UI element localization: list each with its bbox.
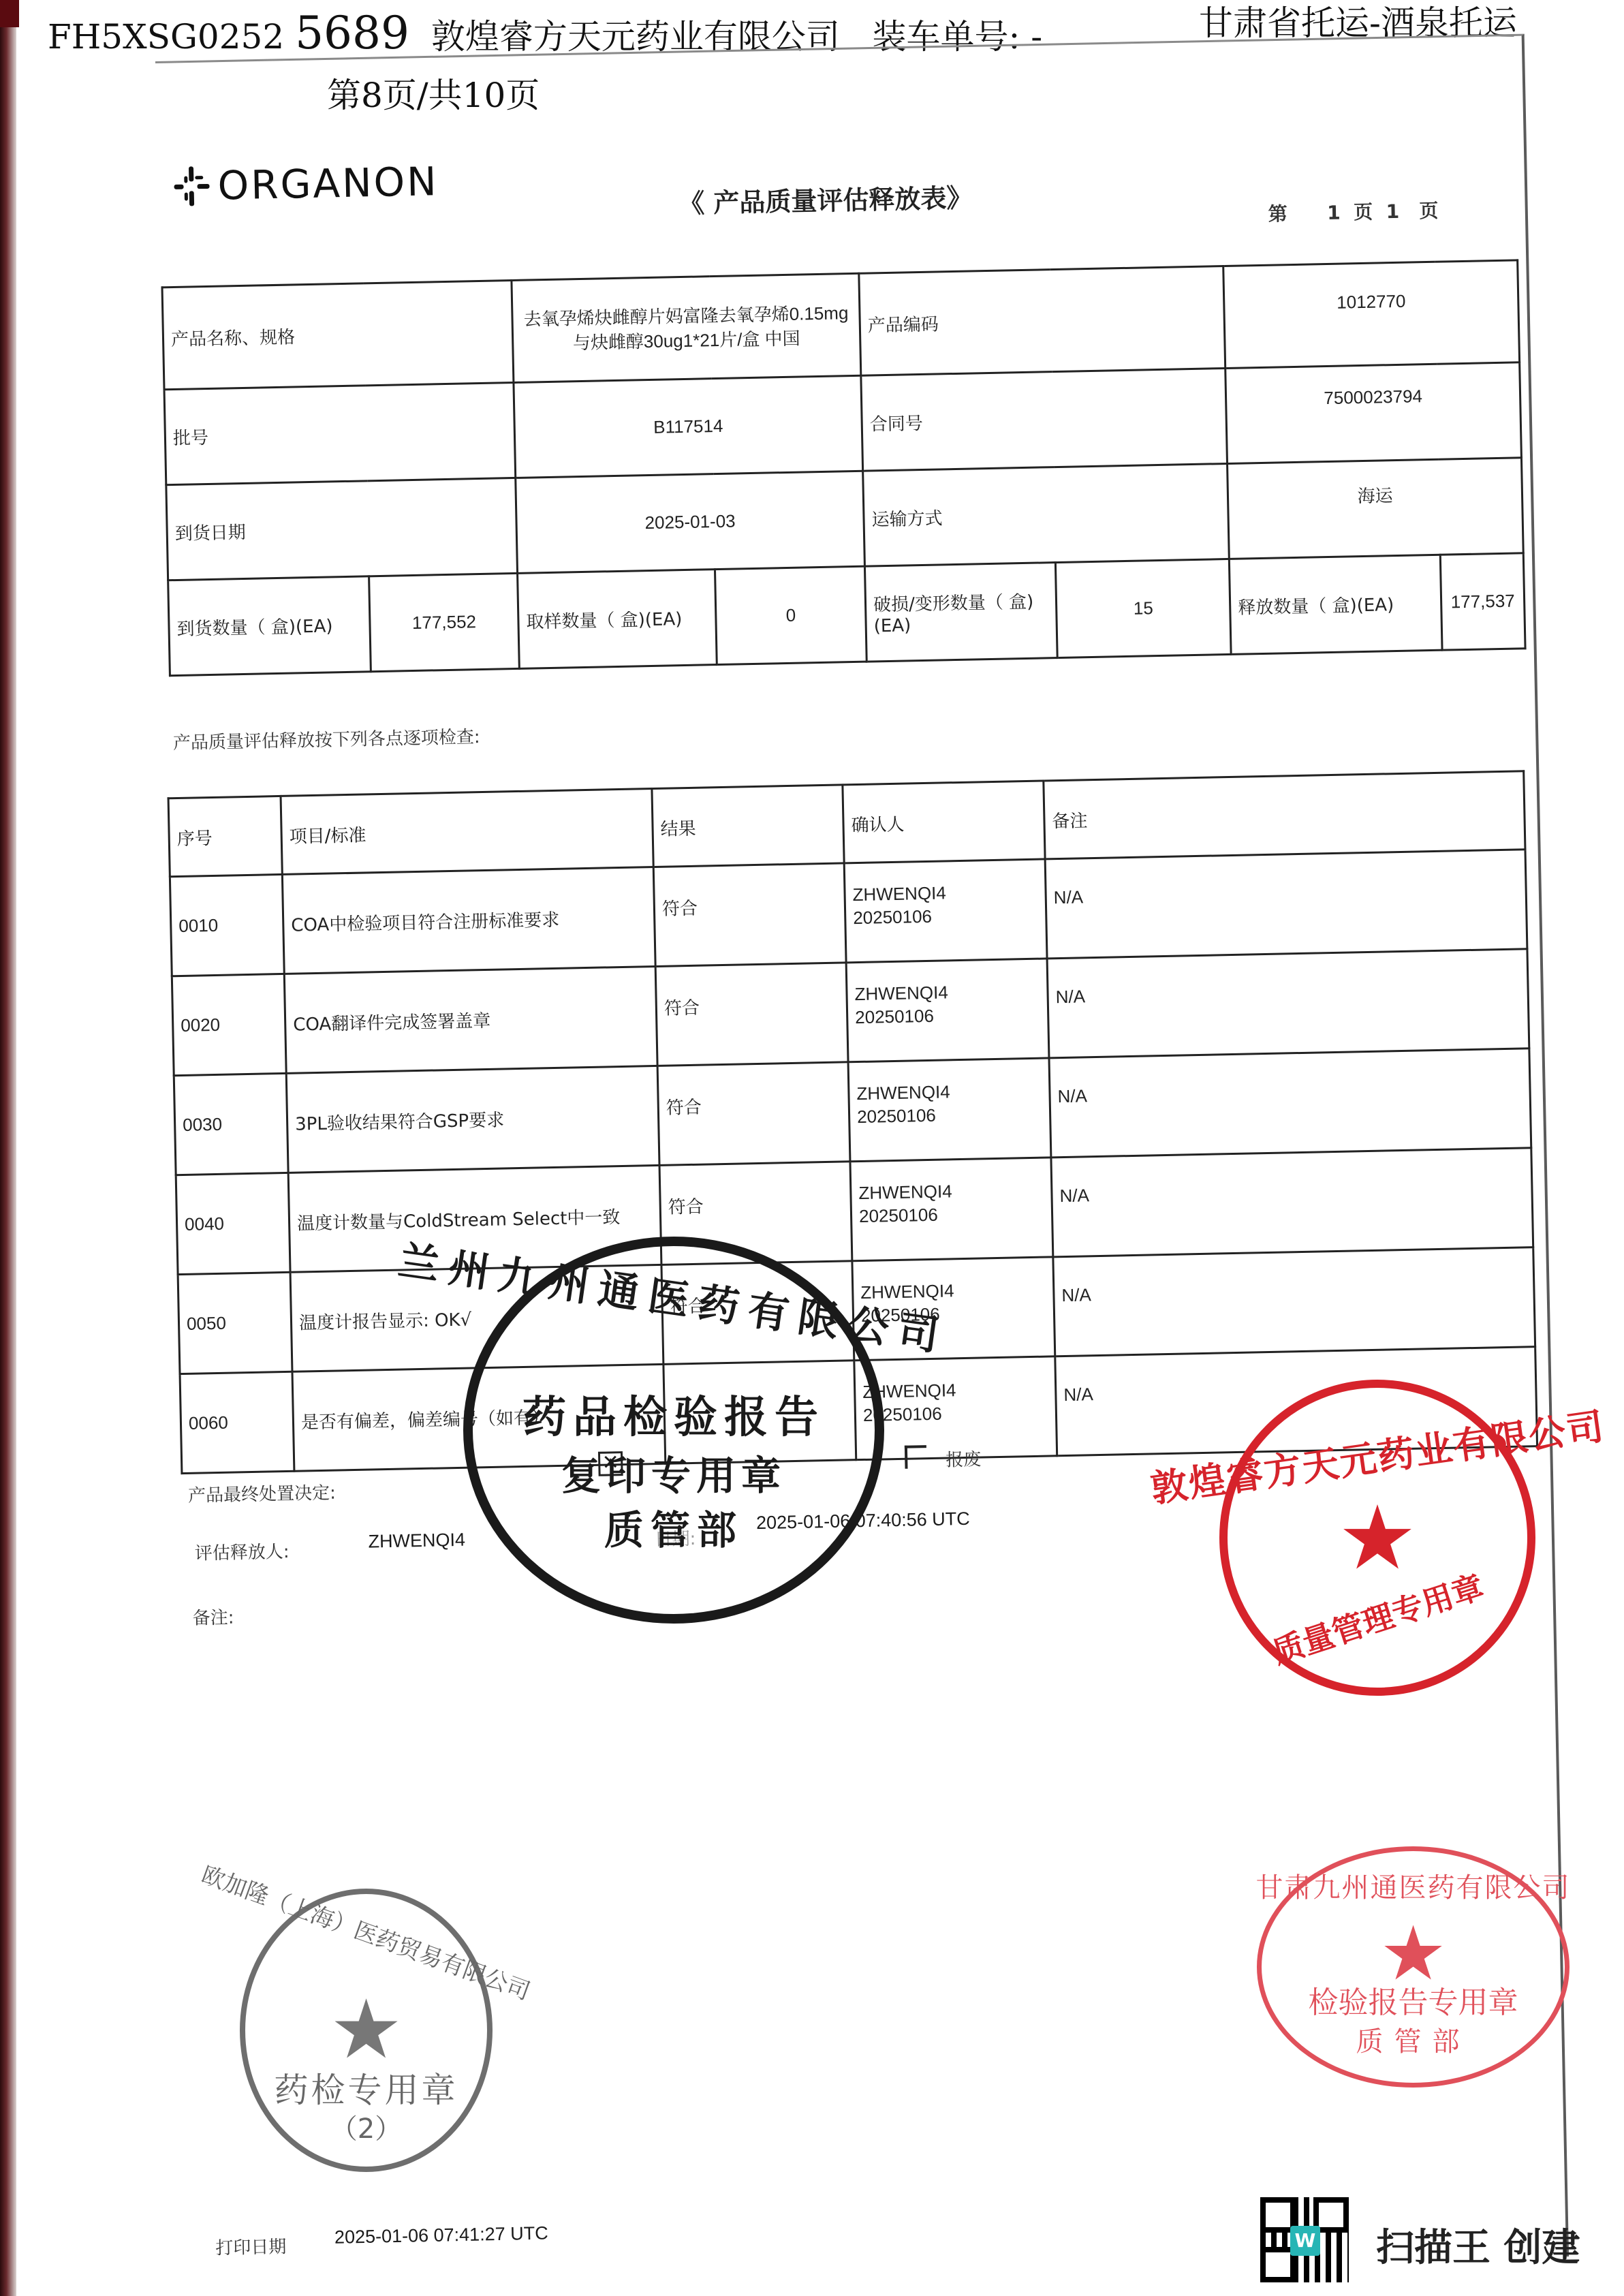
column-header-remark: 备注 [1044, 771, 1525, 859]
transport-label: 运输方式 [863, 463, 1230, 566]
form-page-number: 第 1 页 1 页 [1268, 196, 1439, 227]
row-remark: N/A [1047, 949, 1529, 1058]
confirm-date: 20250106 [859, 1201, 1045, 1228]
batch-label: 批号 [164, 382, 516, 484]
row-remark: N/A [1051, 1148, 1533, 1257]
row-remark: N/A [1049, 1049, 1531, 1158]
row-confirmer: ZHWENQI420250106 [848, 1058, 1051, 1162]
organon-inspection-stamp: ★ 欧加隆（上海）医药贸易有限公司 药检专用章 （2） [240, 1889, 493, 2172]
confirm-date: 20250106 [853, 903, 1039, 929]
confirmer-id: ZHWENQI4 [852, 880, 1038, 906]
row-number: 0010 [170, 874, 284, 976]
organon-logo: ORGANON [174, 158, 439, 210]
print-date-value: 2025-01-06 07:41:27 UTC [334, 2223, 548, 2248]
row-result: 符合 [655, 963, 848, 1066]
stamp-ring-text: 甘肃九州通医药有限公司 [1256, 1866, 1571, 1905]
scanner-app-icon: W [1290, 2226, 1320, 2256]
check-section-intro: 产品质量评估释放按下列各点逐项检查: [173, 723, 480, 754]
confirm-date: 20250106 [863, 1400, 1049, 1427]
product-info-table: 产品名称、规格 去氧孕烯炔雌醇片妈富隆去氧孕烯0.15mg与炔雌醇30ug1*2… [161, 259, 1526, 677]
gansu-inspection-stamp: ★ 甘肃九州通医药有限公司 检验报告专用章 质管部 [1257, 1846, 1570, 2088]
column-header-item: 项目/标准 [281, 789, 653, 875]
transport-value: 海运 [1228, 458, 1524, 559]
row-remark: N/A [1053, 1247, 1535, 1356]
confirm-date: 20250106 [855, 1002, 1041, 1029]
row-number: 0030 [174, 1073, 288, 1175]
release-qty-label: 释放数量（ 盒)(EA) [1229, 555, 1442, 654]
contract-value: 7500023794 [1225, 362, 1522, 464]
sample-qty-label: 取样数量（ 盒)(EA) [518, 570, 717, 669]
row-number: 0040 [176, 1173, 290, 1274]
page-suffix: 页 [1419, 200, 1439, 223]
page-total: 1 [1386, 200, 1399, 223]
damaged-qty-value: 15 [1055, 559, 1231, 657]
product-name-label: 产品名称、规格 [162, 281, 514, 390]
row-item: 3PL验收结果符合GSP要求 [286, 1066, 659, 1173]
damaged-qty-label: 破损/变形数量（ 盒)(EA) [864, 563, 1057, 662]
arrival-date-label: 到货日期 [166, 478, 518, 580]
star-icon: ★ [330, 1989, 403, 2071]
evaluator-value: ZHWENQI4 [368, 1530, 465, 1553]
final-decision-label: 产品最终处置决定: [188, 1479, 336, 1507]
stamp-line3: 质管部 [604, 1498, 743, 1555]
row-number: 0050 [178, 1272, 292, 1374]
sample-qty-value: 0 [715, 566, 866, 664]
confirmer-id: ZHWENQI4 [856, 1079, 1042, 1105]
contract-label: 合同号 [861, 369, 1228, 471]
release-qty-value: 177,537 [1440, 553, 1525, 650]
row-confirmer: ZHWENQI420250106 [844, 859, 1047, 963]
column-header-confirmer: 确认人 [843, 781, 1045, 863]
row-confirmer: ZHWENQI420250106 [846, 959, 1049, 1062]
confirmer-id: ZHWENQI4 [862, 1377, 1048, 1403]
row-item: COA翻译件完成签署盖章 [284, 966, 657, 1073]
row-result: 符合 [653, 863, 846, 967]
scrap-checkbox[interactable] [905, 1445, 927, 1469]
row-confirmer: ZHWENQI420250106 [850, 1158, 1053, 1261]
stamp-line1: 药检专用章 [275, 2063, 458, 2112]
print-date-label: 打印日期 [215, 2233, 287, 2259]
confirmer-id: ZHWENQI4 [854, 979, 1040, 1006]
scrap-label: 报废 [946, 1446, 982, 1472]
arrival-qty-label: 到货数量（ 盒)(EA) [168, 576, 371, 676]
batch-value: B117514 [514, 375, 863, 478]
product-name-value: 去氧孕烯炔雌醇片妈富隆去氧孕烯0.15mg与炔雌醇30ug1*21片/盒 中国 [512, 273, 861, 382]
company-quality-stamp: ★ 敦煌睿方天元药业有限公司 质量管理专用章 [1219, 1380, 1535, 1696]
row-result: 符合 [657, 1062, 850, 1166]
row-remark: N/A [1045, 850, 1527, 959]
page-prefix: 第 [1268, 202, 1287, 226]
evaluator-label: 评估释放人: [194, 1538, 289, 1565]
confirm-date: 20250106 [857, 1102, 1043, 1128]
page-current: 1 [1327, 202, 1341, 224]
stamp-line2: （2） [330, 2107, 402, 2146]
organon-cross-icon [174, 166, 210, 206]
remarks-label: 备注: [192, 1604, 234, 1630]
product-code-value: 1012770 [1223, 260, 1520, 369]
organon-wordmark: ORGANON [217, 158, 439, 208]
stamp-line1: 检验报告专用章 [1309, 1978, 1518, 2021]
row-confirmer: ZHWENQI420250106 [854, 1356, 1057, 1460]
star-icon: ★ [1338, 1493, 1418, 1582]
product-code-label: 产品编码 [859, 266, 1225, 376]
stamp-line2: 复印专用章 [561, 1444, 786, 1501]
confirmer-id: ZHWENQI4 [858, 1178, 1044, 1205]
qr-code[interactable]: W [1260, 2197, 1349, 2282]
row-number: 0020 [172, 974, 286, 1075]
stamp-line1: 药品检验报告 [522, 1382, 825, 1445]
center-inspection-stamp: 兰州九州通医药有限公司 药品检验报告 复印专用章 质管部 [463, 1237, 884, 1624]
document-title: 《 产品质量评估释放表》 [678, 176, 973, 220]
scanner-brand-text: 扫描王 创建 [1376, 2218, 1580, 2272]
column-header-no: 序号 [168, 796, 282, 876]
arrival-date-value: 2025-01-03 [516, 471, 865, 573]
column-header-result: 结果 [652, 785, 844, 867]
arrival-qty-value: 177,552 [369, 573, 520, 671]
row-item: COA中检验项目符合注册标准要求 [282, 867, 655, 974]
row-number: 0060 [180, 1371, 294, 1473]
stamp-line2: 质管部 [1356, 2020, 1471, 2059]
page-mid: 页 [1354, 201, 1373, 224]
